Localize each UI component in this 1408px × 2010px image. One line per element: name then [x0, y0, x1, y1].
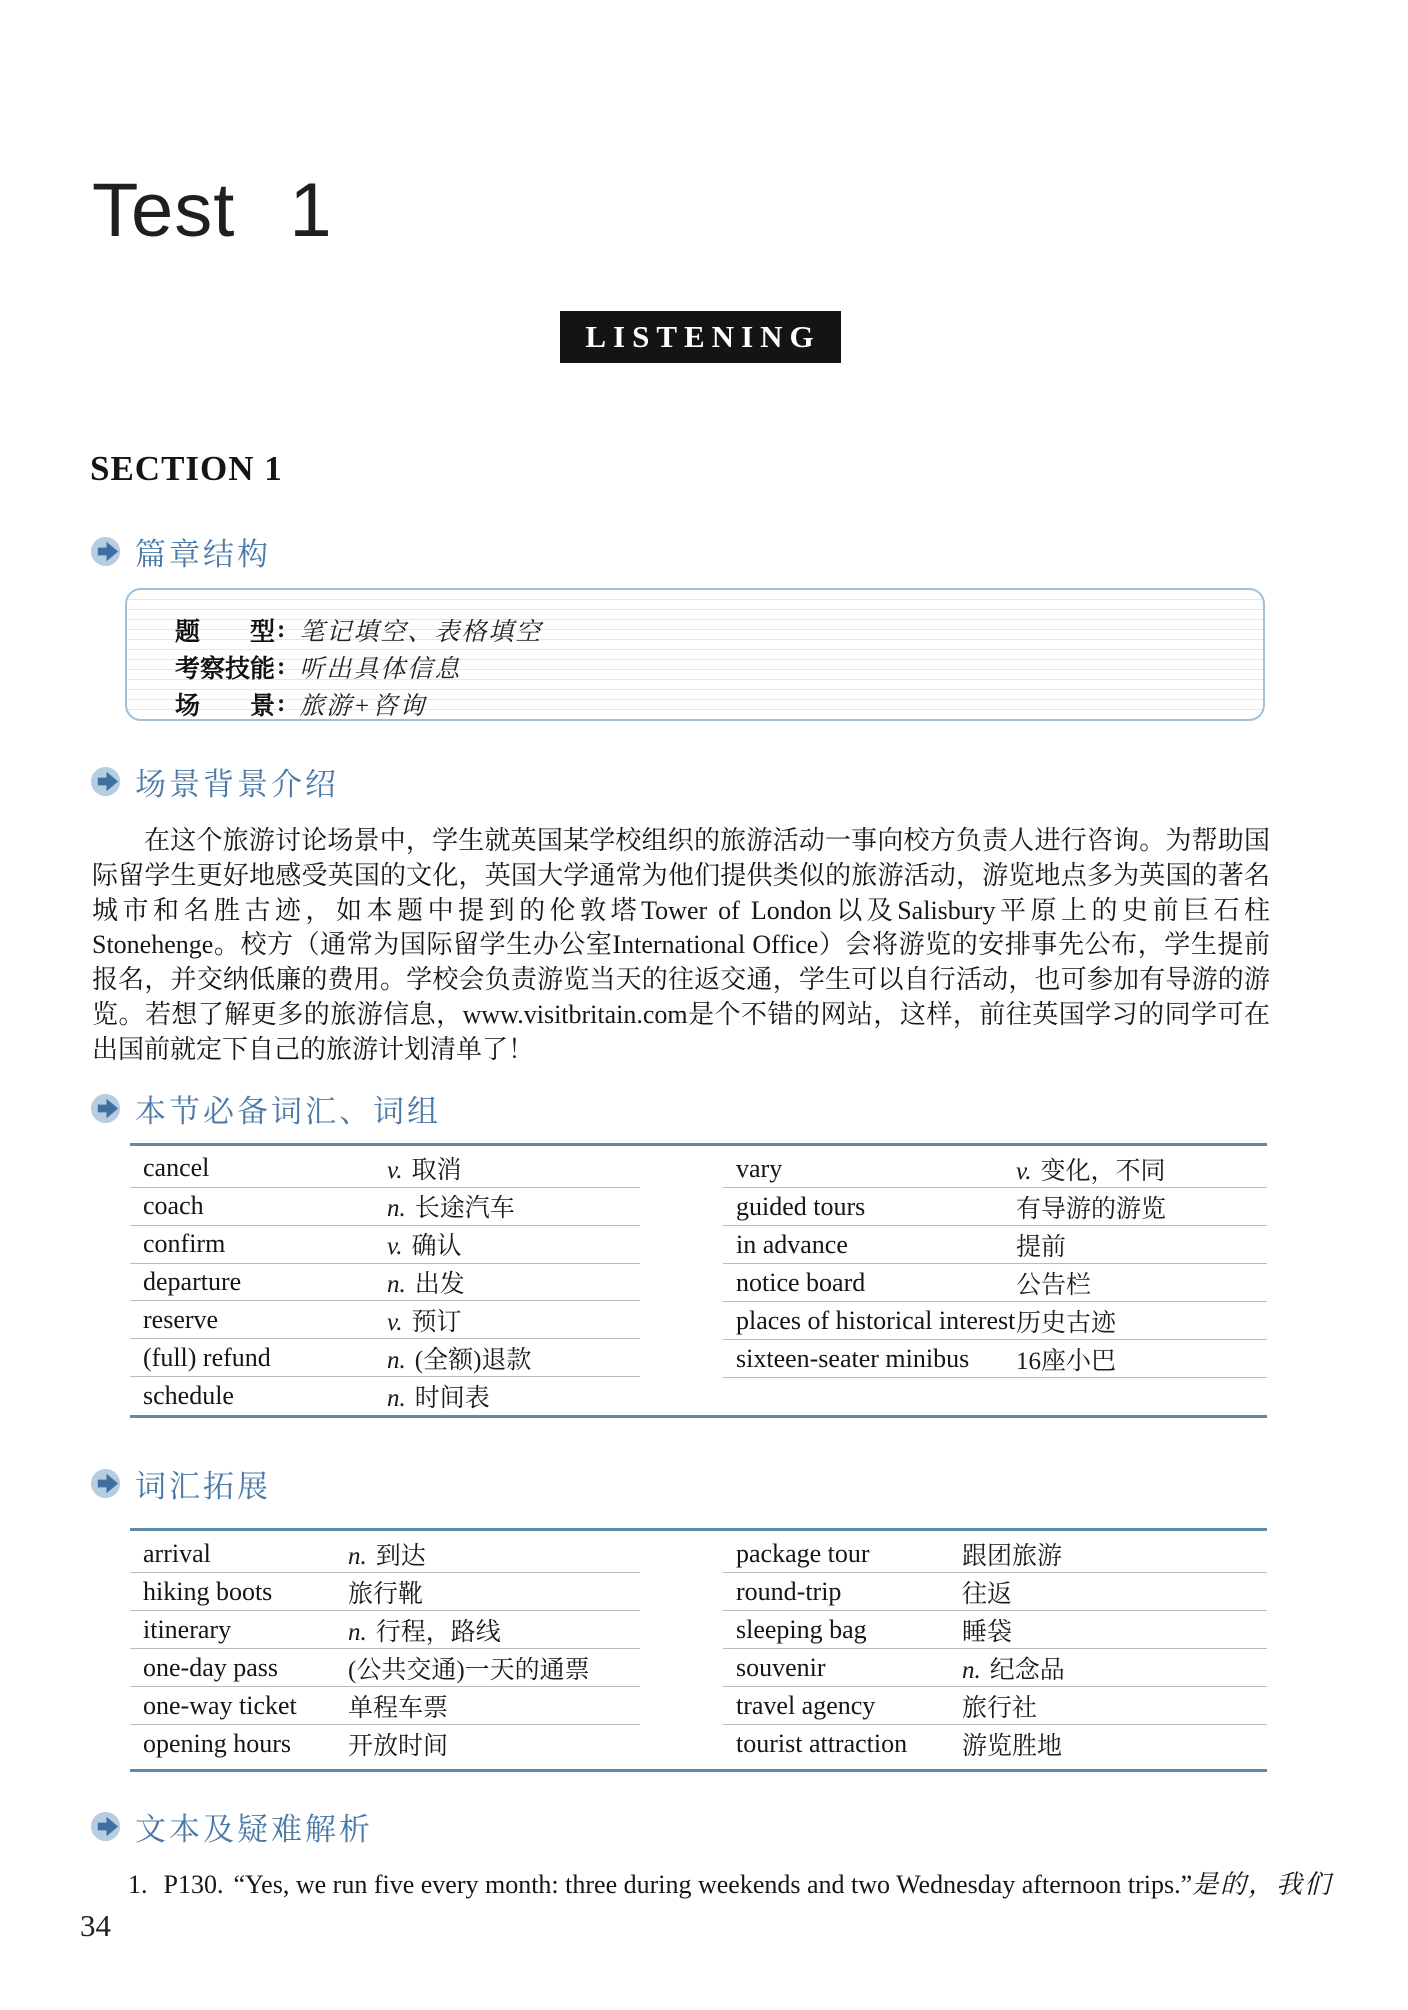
item-quote: “Yes, we run five every month: three dur… [233, 1870, 1192, 1899]
arrow-icon [90, 535, 123, 568]
vocab-translation: n.时间表 [387, 1378, 490, 1414]
colon: : [277, 616, 285, 644]
heading-structure-label: 篇章结构 [135, 529, 271, 574]
vocab-word: hiking boots [143, 1577, 348, 1607]
test-word: Test [92, 168, 235, 253]
vocab-row: places of historical interest历史古迹 [723, 1302, 1267, 1340]
vocab-translation: n.行程，路线 [348, 1612, 501, 1648]
item-chinese-tail: 是的，我们 [1192, 1870, 1332, 1899]
structure-label: 考察技能 [175, 649, 275, 685]
analysis-item: 1.P130.“Yes, we run five every month: th… [128, 1864, 1332, 1901]
vocab-translation: 睡袋 [962, 1612, 1012, 1648]
vocab-row: souvenirn.纪念品 [723, 1649, 1267, 1687]
part-of-speech: n. [387, 1271, 406, 1298]
vocab-row: notice board公告栏 [723, 1264, 1267, 1302]
vocab-row: coachn.长途汽车 [130, 1188, 640, 1226]
vocab-row: schedulen.时间表 [130, 1377, 640, 1415]
part-of-speech: n. [387, 1195, 406, 1222]
vocab-translation: 单程车票 [348, 1688, 448, 1724]
vocab-word: one-day pass [143, 1653, 348, 1683]
vocab-translation: n.长途汽车 [387, 1188, 515, 1224]
vocab-word: tourist attraction [736, 1729, 962, 1759]
vocab-word: departure [143, 1267, 387, 1297]
structure-label: 场景 [175, 686, 275, 722]
vocab-translation: 旅行社 [962, 1688, 1037, 1724]
vocab-word: one-way ticket [143, 1691, 348, 1721]
vocab-translation: v.预订 [387, 1302, 462, 1338]
vocab-translation: 公告栏 [1016, 1265, 1091, 1301]
vocab-row: sixteen-seater minibus16座小巴 [723, 1340, 1267, 1378]
structure-row-skill: 考察技能:听出具体信息 [127, 648, 1263, 685]
part-of-speech: v. [387, 1157, 403, 1184]
vocab-row: itineraryn.行程，路线 [130, 1611, 640, 1649]
column-gap [640, 1535, 723, 1769]
vocab-translation: 16座小巴 [1016, 1341, 1116, 1377]
listening-banner-label: LISTENING [585, 319, 820, 355]
background-paragraph: 在这个旅游讨论场景中，学生就英国某学校组织的旅游活动一事向校方负责人进行咨询。为… [92, 824, 1270, 1068]
extended-vocab-table: arrivaln.到达 hiking boots旅行靴 itineraryn.行… [130, 1528, 1267, 1772]
heading-core-vocab: 本节必备词汇、词组 [90, 1086, 441, 1131]
core-vocab-table: cancelv.取消 coachn.长途汽车 confirmv.确认 depar… [130, 1143, 1267, 1418]
colon: : [277, 653, 285, 681]
vocab-row: round-trip往返 [723, 1573, 1267, 1611]
vocab-translation: v.变化，不同 [1016, 1151, 1166, 1187]
vocab-row: one-day pass(公共交通)一天的通票 [130, 1649, 640, 1687]
vocab-row: reservev.预订 [130, 1301, 640, 1339]
core-vocab-left-column: cancelv.取消 coachn.长途汽车 confirmv.确认 depar… [130, 1150, 640, 1415]
heading-analysis-label: 文本及疑难解析 [135, 1804, 373, 1849]
vocab-word: itinerary [143, 1615, 348, 1645]
vocab-row: sleeping bag睡袋 [723, 1611, 1267, 1649]
vocab-row: varyv.变化，不同 [723, 1150, 1267, 1188]
vocab-word: sleeping bag [736, 1615, 962, 1645]
extended-vocab-right-column: package tour跟团旅游 round-trip往返 sleeping b… [723, 1535, 1267, 1769]
part-of-speech: n. [962, 1657, 981, 1684]
vocab-translation: 有导游的游览 [1016, 1189, 1166, 1225]
part-of-speech: n. [348, 1543, 367, 1570]
vocab-word: places of historical interest [736, 1306, 1016, 1336]
vocab-word: arrival [143, 1539, 348, 1569]
vocab-translation: v.确认 [387, 1226, 462, 1262]
part-of-speech: v. [387, 1233, 403, 1260]
vocab-word: souvenir [736, 1653, 962, 1683]
vocab-row: (full) refundn.(全额)退款 [130, 1339, 640, 1377]
vocab-row: cancelv.取消 [130, 1150, 640, 1188]
part-of-speech: n. [387, 1385, 406, 1412]
vocab-translation: 游览胜地 [962, 1726, 1062, 1762]
vocab-row: confirmv.确认 [130, 1226, 640, 1264]
arrow-icon [90, 765, 123, 798]
structure-box: 题型:笔记填空、表格填空 考察技能:听出具体信息 场景:旅游+咨询 [125, 588, 1265, 721]
page-number: 34 [80, 1908, 111, 1944]
item-page-ref: P130. [164, 1870, 224, 1899]
vocab-row: travel agency旅行社 [723, 1687, 1267, 1725]
vocab-translation: 跟团旅游 [962, 1536, 1062, 1572]
vocab-row: in advance提前 [723, 1226, 1267, 1264]
vocab-word: vary [736, 1154, 1016, 1184]
page-title: Test1 [92, 167, 333, 254]
vocab-word: opening hours [143, 1729, 348, 1759]
vocab-row: guided tours有导游的游览 [723, 1188, 1267, 1226]
arrow-icon [90, 1092, 123, 1125]
heading-extended-vocab: 词汇拓展 [90, 1461, 271, 1506]
vocab-word: coach [143, 1191, 387, 1221]
core-vocab-right-column: varyv.变化，不同 guided tours有导游的游览 in advanc… [723, 1150, 1267, 1415]
column-gap [640, 1150, 723, 1415]
structure-value: 笔记填空、表格填空 [299, 612, 542, 648]
vocab-translation: 提前 [1016, 1227, 1066, 1263]
vocab-row: departuren.出发 [130, 1264, 640, 1302]
vocab-word: package tour [736, 1539, 962, 1569]
vocab-translation: n.纪念品 [962, 1650, 1065, 1686]
vocab-translation: 历史古迹 [1016, 1303, 1116, 1339]
vocab-row: one-way ticket单程车票 [130, 1687, 640, 1725]
heading-structure: 篇章结构 [90, 529, 271, 574]
vocab-row: arrivaln.到达 [130, 1535, 640, 1573]
vocab-word: travel agency [736, 1691, 962, 1721]
vocab-word: schedule [143, 1381, 387, 1411]
vocab-translation: n.到达 [348, 1536, 426, 1572]
vocab-word: guided tours [736, 1192, 1016, 1222]
arrow-icon [90, 1810, 123, 1843]
colon: : [277, 690, 285, 718]
vocab-translation: v.取消 [387, 1150, 462, 1186]
vocab-row: hiking boots旅行靴 [130, 1573, 640, 1611]
part-of-speech: v. [1016, 1158, 1032, 1185]
arrow-icon [90, 1467, 123, 1500]
structure-value: 听出具体信息 [299, 649, 461, 685]
part-of-speech: n. [348, 1619, 367, 1646]
vocab-word: cancel [143, 1153, 387, 1183]
vocab-translation: 开放时间 [348, 1726, 448, 1762]
vocab-row: tourist attraction游览胜地 [723, 1725, 1267, 1763]
structure-row-scene: 场景:旅游+咨询 [127, 685, 1263, 722]
vocab-translation: (公共交通)一天的通票 [348, 1650, 590, 1686]
structure-value: 旅游+咨询 [299, 686, 426, 722]
vocab-word: round-trip [736, 1577, 962, 1607]
section-title: SECTION 1 [90, 449, 283, 489]
vocab-row: package tour跟团旅游 [723, 1535, 1267, 1573]
vocab-word: (full) refund [143, 1343, 387, 1373]
vocab-translation: n.(全额)退款 [387, 1340, 531, 1376]
part-of-speech: v. [387, 1309, 403, 1336]
vocab-translation: n.出发 [387, 1264, 465, 1300]
vocab-translation: 旅行靴 [348, 1574, 423, 1610]
heading-background: 场景背景介绍 [90, 759, 339, 804]
vocab-word: notice board [736, 1268, 1016, 1298]
structure-row-type: 题型:笔记填空、表格填空 [127, 611, 1263, 648]
listening-banner: LISTENING [560, 311, 841, 363]
extended-vocab-left-column: arrivaln.到达 hiking boots旅行靴 itineraryn.行… [130, 1535, 640, 1769]
vocab-translation: 往返 [962, 1574, 1012, 1610]
vocab-word: confirm [143, 1229, 387, 1259]
item-number: 1. [128, 1870, 148, 1899]
heading-core-vocab-label: 本节必备词汇、词组 [135, 1086, 441, 1131]
test-number: 1 [289, 168, 332, 253]
part-of-speech: n. [387, 1347, 406, 1374]
heading-analysis: 文本及疑难解析 [90, 1804, 373, 1849]
vocab-word: in advance [736, 1230, 1016, 1260]
vocab-word: sixteen-seater minibus [736, 1344, 1016, 1374]
vocab-word: reserve [143, 1305, 387, 1335]
structure-label: 题型 [175, 612, 275, 648]
heading-extended-vocab-label: 词汇拓展 [135, 1461, 271, 1506]
heading-background-label: 场景背景介绍 [135, 759, 339, 804]
vocab-row: opening hours开放时间 [130, 1725, 640, 1763]
